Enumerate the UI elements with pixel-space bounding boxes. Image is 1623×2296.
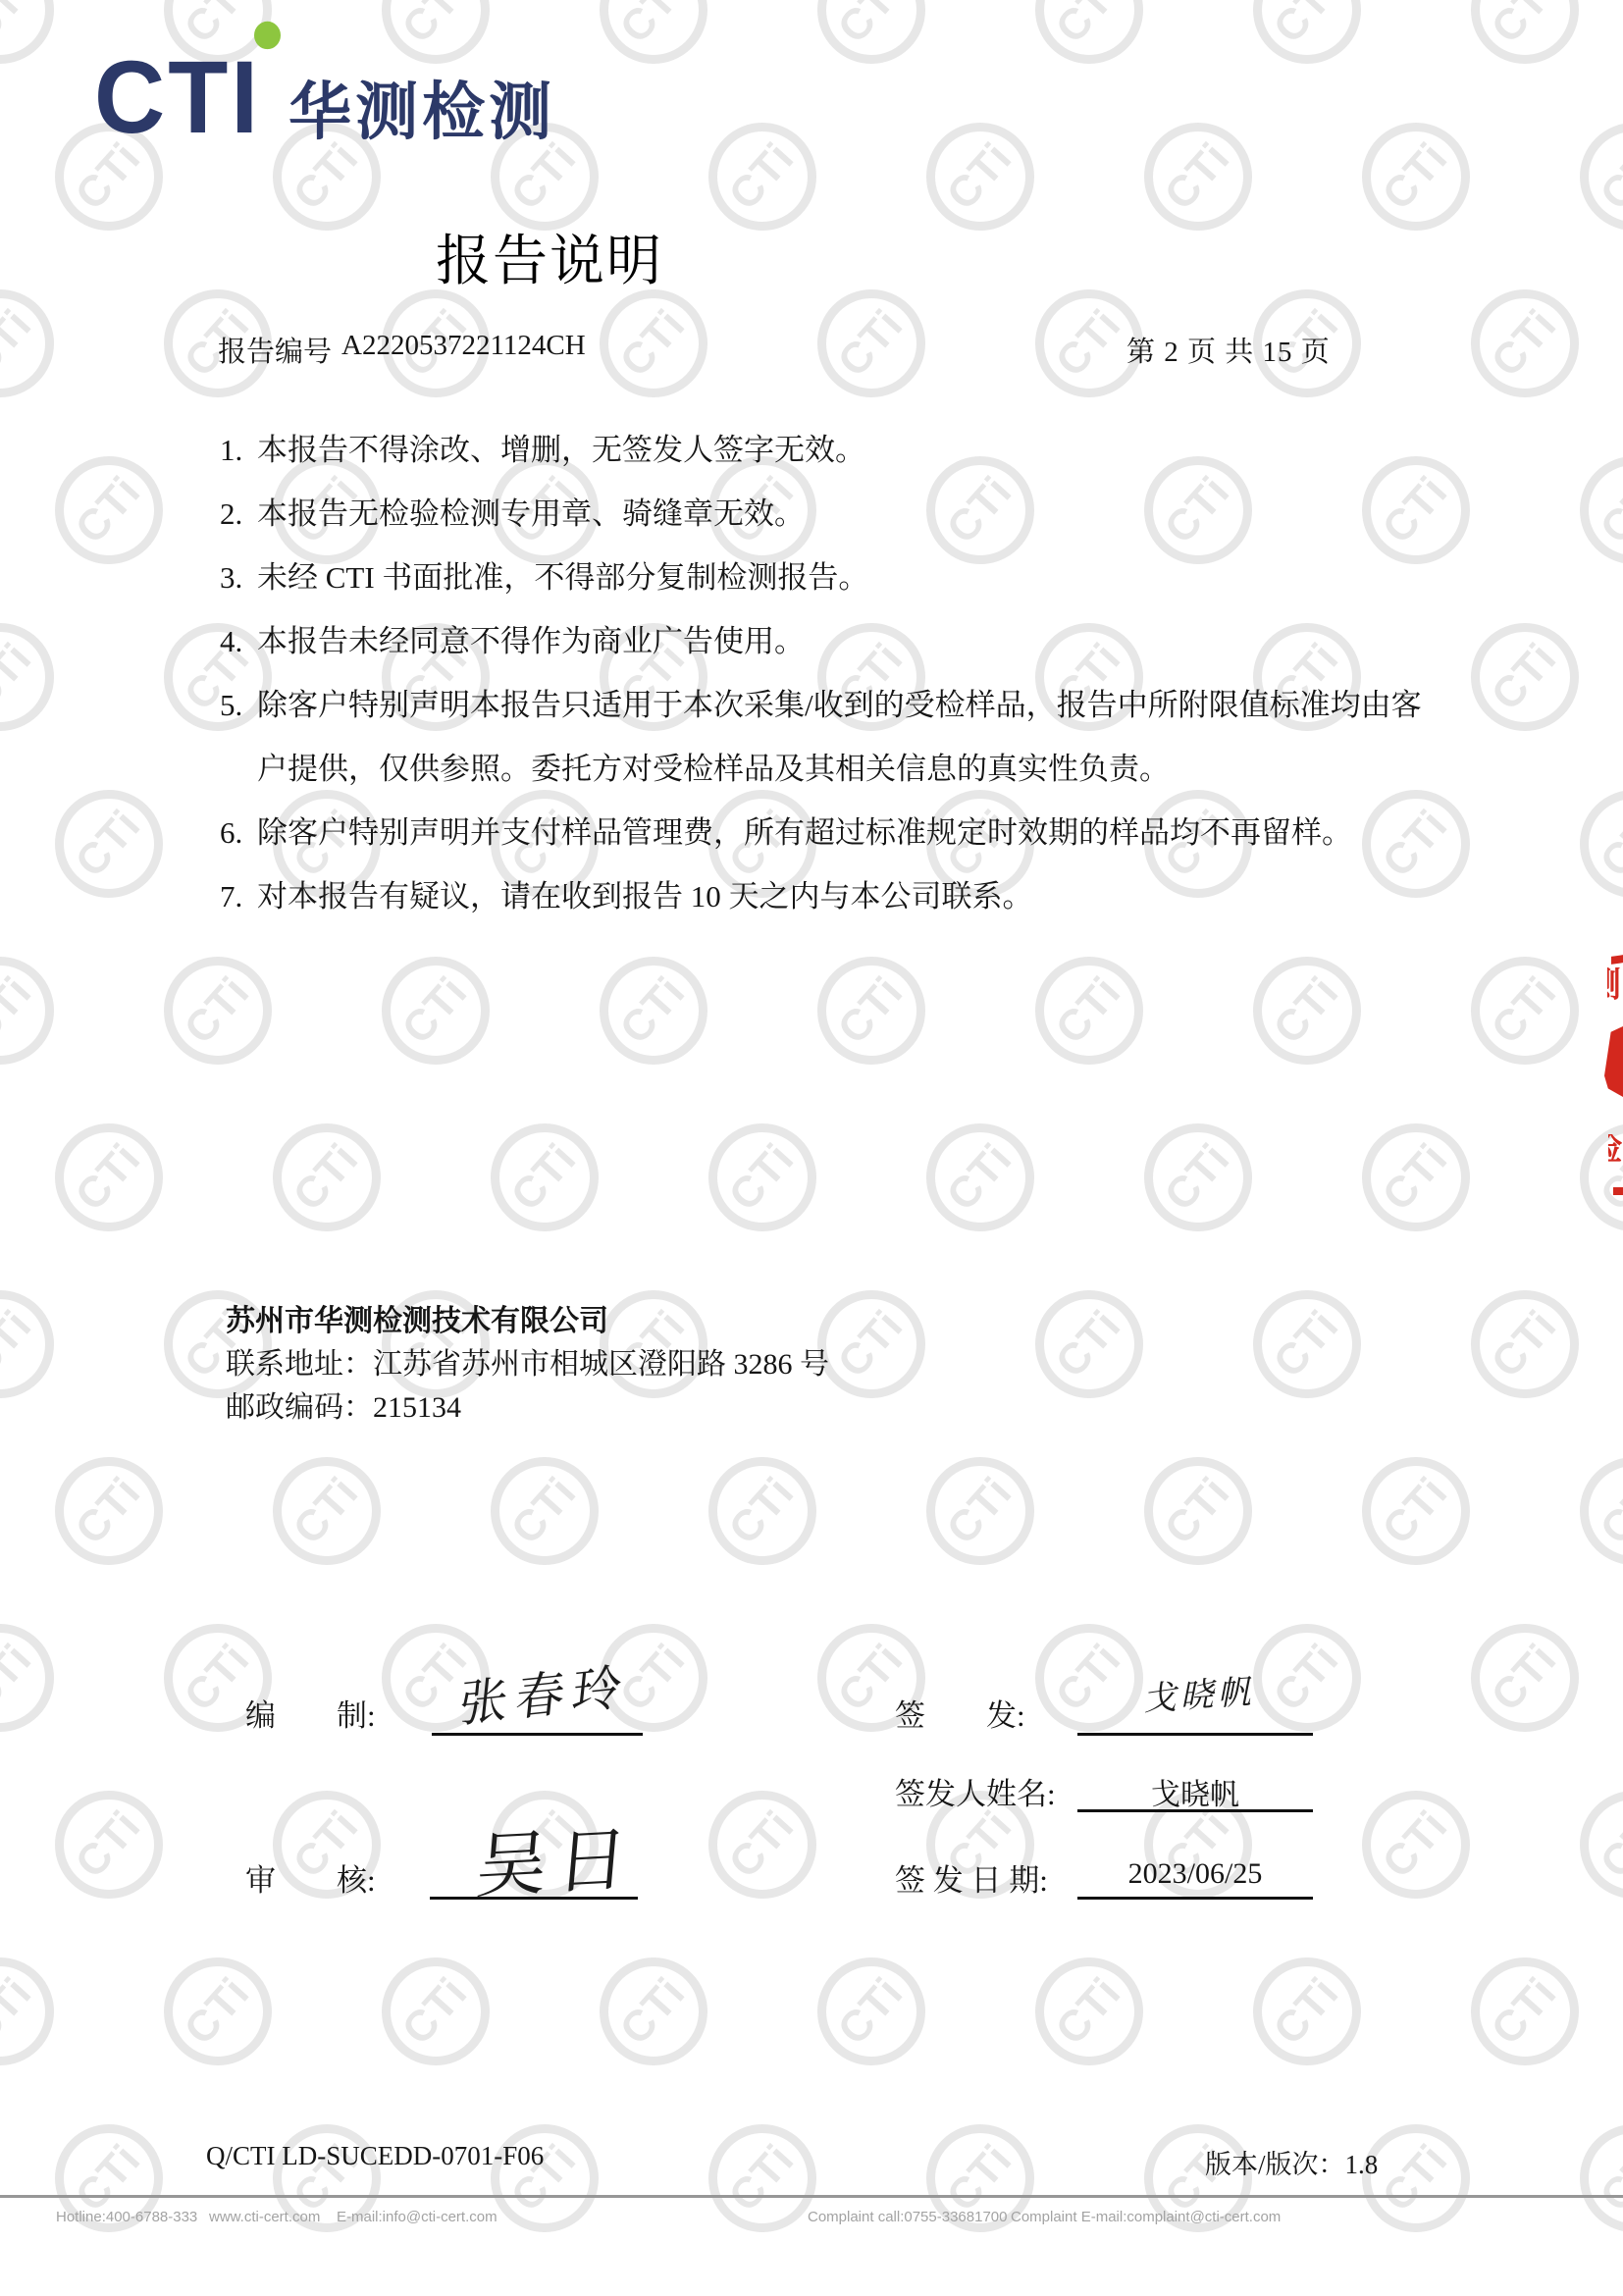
cti-watermark-text: CTi xyxy=(1483,1635,1567,1721)
seal-character: 检 xyxy=(1608,1134,1622,1166)
cti-watermark-text: CTi xyxy=(1265,1301,1349,1387)
issue-date-line xyxy=(1077,1897,1313,1900)
note-item: 2.本报告无检验检测专用章、骑缝章无效。 xyxy=(220,482,1437,546)
cti-watermark-icon: CTi xyxy=(1471,1624,1579,1732)
company-block: 苏州市华测检测技术有限公司 联系地址：江苏省苏州市相城区澄阳路 3286 号 邮… xyxy=(226,1300,829,1430)
cti-watermark-text: CTi xyxy=(67,1134,151,1221)
cti-watermark-icon: CTi xyxy=(0,957,54,1065)
cti-watermark-icon: CTi xyxy=(926,1123,1034,1231)
cti-watermark-text: CTi xyxy=(1265,1635,1349,1721)
cti-watermark-text: CTi xyxy=(0,300,42,387)
note-number: 5. xyxy=(220,673,257,801)
cti-watermark-text: CTi xyxy=(829,300,914,387)
issue-date-label: 签 发 日 期: xyxy=(895,1855,1048,1900)
cti-watermark-icon: CTi xyxy=(600,957,707,1065)
cti-watermark-icon: CTi xyxy=(491,1457,599,1565)
cti-watermark-text: CTi xyxy=(1592,2135,1623,2221)
cti-watermark-text: CTi xyxy=(611,0,696,53)
cti-watermark-icon: CTi xyxy=(1253,1624,1361,1732)
note-item: 4.本报告未经同意不得作为商业广告使用。 xyxy=(220,609,1437,673)
issued-by-label: 签 发: xyxy=(895,1691,1025,1735)
cti-watermark-text: CTi xyxy=(1483,1968,1567,2055)
cti-watermark-icon: CTi xyxy=(1580,1791,1623,1899)
note-number: 3. xyxy=(220,546,257,609)
report-no-value: A2220537221124CH xyxy=(341,330,586,362)
cti-watermark-icon: CTi xyxy=(1362,2124,1470,2232)
note-text: 除客户特别声明本报告只适用于本次采集/收到的受检样品，报告中所附限值标准均由客户… xyxy=(257,673,1437,801)
cti-watermark-icon: CTi xyxy=(0,1290,54,1398)
cti-watermark-icon: CTi xyxy=(273,1123,381,1231)
cti-watermark-icon: CTi xyxy=(600,0,707,64)
cti-watermark-text: CTi xyxy=(285,1134,369,1221)
cti-watermark-icon: CTi xyxy=(1253,1290,1361,1398)
cti-watermark-text: CTi xyxy=(0,1301,42,1387)
issued-by-signature: 戈晓帆 xyxy=(1141,1664,1262,1721)
paging-seal-fragment xyxy=(1613,1187,1623,1195)
cti-watermark-text: CTi xyxy=(0,1635,42,1721)
cti-watermark-icon: CTi xyxy=(1471,1290,1579,1398)
cti-watermark-text: CTi xyxy=(1265,967,1349,1054)
cti-watermark-icon: CTi xyxy=(0,1624,54,1732)
cti-watermark-text: CTi xyxy=(1156,133,1240,220)
note-text: 本报告未经同意不得作为商业广告使用。 xyxy=(257,609,1437,673)
cti-watermark-text: CTi xyxy=(1156,1468,1240,1554)
cti-watermark-icon: CTi xyxy=(1253,1957,1361,2065)
version-info: 版本/版次：1.8 xyxy=(1205,2143,1378,2181)
cti-watermark-text: CTi xyxy=(611,1968,696,2055)
cti-watermark-icon: CTi xyxy=(817,0,925,64)
cti-watermark-text: CTi xyxy=(829,1968,914,2055)
cti-watermark-text: CTi xyxy=(1592,467,1623,553)
note-text: 本报告无检验检测专用章、骑缝章无效。 xyxy=(257,482,1437,546)
cti-watermark-text: CTi xyxy=(1156,1134,1240,1221)
note-number: 4. xyxy=(220,609,257,673)
cti-watermark-icon: CTi xyxy=(1035,0,1143,64)
page-number-info: 第 2 页 共 15 页 xyxy=(1126,330,1331,370)
cti-watermark-text: CTi xyxy=(393,0,478,53)
cti-watermark-text: CTi xyxy=(502,1468,587,1554)
cti-watermark-text: CTi xyxy=(1047,967,1131,1054)
reviewed-by-label: 审 核: xyxy=(245,1855,376,1900)
contact-website: www.cti-cert.com xyxy=(209,2209,320,2225)
cti-watermark-text: CTi xyxy=(0,967,42,1054)
note-item: 6.除客户特别声明并支付样品管理费，所有超过标准规定时效期的样品均不再留样。 xyxy=(220,801,1437,864)
cti-watermark-text: CTi xyxy=(1483,1301,1567,1387)
cti-watermark-icon: CTi xyxy=(1362,123,1470,231)
cti-watermark-icon: CTi xyxy=(0,623,54,731)
cti-watermark-icon: CTi xyxy=(708,1123,816,1231)
note-text: 对本报告有疑议，请在收到报告 10 天之内与本公司联系。 xyxy=(257,864,1437,928)
cti-logo-chinese: 华测检测 xyxy=(288,80,555,143)
cti-watermark-text: CTi xyxy=(938,1468,1022,1554)
contact-email: E-mail:info@cti-cert.com xyxy=(337,2209,497,2225)
cti-watermark-text: CTi xyxy=(0,634,42,720)
cti-logo-text: CTI xyxy=(94,40,261,156)
cti-watermark-icon: CTi xyxy=(1471,623,1579,731)
cti-watermark-icon: CTi xyxy=(55,1791,163,1899)
cti-watermark-text: CTi xyxy=(176,1968,260,2055)
cti-watermark-icon: CTi xyxy=(926,123,1034,231)
issue-date-value: 2023/06/25 xyxy=(1077,1857,1313,1891)
issuer-name-value: 戈晓帆 xyxy=(1077,1770,1313,1813)
page-title: 报告说明 xyxy=(0,218,1099,296)
cti-watermark-icon: CTi xyxy=(600,1957,707,2065)
cti-watermark-icon: CTi xyxy=(0,0,54,64)
report-no-label: 报告编号 xyxy=(218,330,332,370)
cti-watermark-icon: CTi xyxy=(1035,1624,1143,1732)
cti-watermark-icon: CTi xyxy=(55,1123,163,1231)
cti-watermark-text: CTi xyxy=(1592,801,1623,887)
paging-seal-fragment: 检 xyxy=(1608,1134,1623,1166)
cti-watermark-icon: CTi xyxy=(1471,289,1579,397)
cti-watermark-icon: CTi xyxy=(817,1957,925,2065)
note-item: 7.对本报告有疑议，请在收到报告 10 天之内与本公司联系。 xyxy=(220,864,1437,928)
cti-watermark-icon: CTi xyxy=(708,123,816,231)
cti-watermark-text: CTi xyxy=(1483,634,1567,720)
cti-watermark-text: CTi xyxy=(829,0,914,53)
note-number: 2. xyxy=(220,482,257,546)
cti-watermark-icon: CTi xyxy=(1144,1123,1252,1231)
company-postcode: 邮政编码：215134 xyxy=(226,1386,829,1430)
cti-logo-letters: CTI xyxy=(94,46,261,149)
cti-watermark-text: CTi xyxy=(393,1968,478,2055)
cti-watermark-icon: CTi xyxy=(164,1957,272,2065)
cti-watermark-text: CTi xyxy=(829,1301,914,1387)
cti-watermark-text: CTi xyxy=(67,1801,151,1888)
cti-watermark-text: CTi xyxy=(1374,2135,1458,2221)
cti-watermark-text: CTi xyxy=(1374,1468,1458,1554)
cti-watermark-icon: CTi xyxy=(55,1457,163,1565)
cti-watermark-icon: CTi xyxy=(0,289,54,397)
company-address: 联系地址：江苏省苏州市相城区澄阳路 3286 号 xyxy=(226,1343,829,1386)
cti-watermark-text: CTi xyxy=(1374,1134,1458,1221)
paging-seal-fragment xyxy=(1604,1026,1623,1097)
note-number: 6. xyxy=(220,801,257,864)
cti-watermark-icon: CTi xyxy=(1253,0,1361,64)
cti-watermark-text: CTi xyxy=(1374,1801,1458,1888)
cti-watermark-icon: CTi xyxy=(491,1123,599,1231)
cti-watermark-icon: CTi xyxy=(1580,2124,1623,2232)
reviewed-by-signature: 吴日 xyxy=(473,1800,643,1911)
cti-watermark-icon: CTi xyxy=(55,456,163,564)
cti-watermark-icon: CTi xyxy=(1144,1457,1252,1565)
cti-watermark-icon: CTi xyxy=(382,957,490,1065)
cti-watermark-text: CTi xyxy=(1483,967,1567,1054)
cti-watermark-text: CTi xyxy=(0,1968,42,2055)
note-item: 3.未经 CTI 书面批准，不得部分复制检测报告。 xyxy=(220,546,1437,609)
cti-logo: CTI 华测检测 xyxy=(94,51,555,149)
cti-watermark-text: CTi xyxy=(1265,1968,1349,2055)
cti-watermark-text: CTi xyxy=(1592,133,1623,220)
cti-watermark-icon: CTi xyxy=(1471,1957,1579,2065)
cti-watermark-text: CTi xyxy=(285,1468,369,1554)
cti-watermark-icon: CTi xyxy=(1580,790,1623,898)
cti-watermark-text: CTi xyxy=(393,967,478,1054)
cti-watermark-icon: CTi xyxy=(1362,1123,1470,1231)
cti-watermark-text: CTi xyxy=(1047,1968,1131,2055)
cti-watermark-icon: CTi xyxy=(817,289,925,397)
cti-watermark-icon: CTi xyxy=(708,2124,816,2232)
cti-watermark-text: CTi xyxy=(502,1134,587,1221)
cti-watermark-icon: CTi xyxy=(1035,1957,1143,2065)
contact-hotline: Hotline:400-6788-333 xyxy=(56,2209,197,2225)
note-text: 未经 CTI 书面批准，不得部分复制检测报告。 xyxy=(257,546,1437,609)
cti-watermark-icon: CTi xyxy=(1471,0,1579,64)
note-item: 5.除客户特别声明本报告只适用于本次采集/收到的受检样品，报告中所附限值标准均由… xyxy=(220,673,1437,801)
company-name: 苏州市华测检测技术有限公司 xyxy=(226,1300,829,1343)
cti-watermark-icon: CTi xyxy=(1035,1290,1143,1398)
cti-watermark-text: CTi xyxy=(1592,1468,1623,1554)
cti-watermark-text: CTi xyxy=(67,467,151,553)
contact-complaint-email: Complaint E-mail:complaint@cti-cert.com xyxy=(1011,2209,1281,2225)
cti-watermark-text: CTi xyxy=(829,967,914,1054)
cti-watermark-text: CTi xyxy=(720,1801,805,1888)
cti-watermark-icon: CTi xyxy=(1580,123,1623,231)
cti-watermark-text: CTi xyxy=(720,133,805,220)
cti-watermark-icon: CTi xyxy=(708,1791,816,1899)
cti-watermark-text: CTi xyxy=(0,0,42,53)
cti-watermark-icon: CTi xyxy=(708,1457,816,1565)
issuer-name-line xyxy=(1077,1809,1313,1812)
notes-list: 1.本报告不得涂改、增删，无签发人签字无效。2.本报告无检验检测专用章、骑缝章无… xyxy=(220,418,1437,928)
cti-watermark-text: CTi xyxy=(1483,0,1567,53)
cti-watermark-icon: CTi xyxy=(1471,957,1579,1065)
cti-watermark-icon: CTi xyxy=(1035,957,1143,1065)
cti-watermark-text: CTi xyxy=(611,300,696,387)
cti-watermark-text: CTi xyxy=(1265,0,1349,53)
cti-watermark-text: CTi xyxy=(611,967,696,1054)
cti-watermark-text: CTi xyxy=(67,1468,151,1554)
cti-watermark-icon: CTi xyxy=(164,957,272,1065)
cti-watermark-text: CTi xyxy=(720,1468,805,1554)
note-text: 本报告不得涂改、增删，无签发人签字无效。 xyxy=(257,418,1437,482)
cti-watermark-text: CTi xyxy=(938,1134,1022,1221)
cti-watermark-text: CTi xyxy=(1374,133,1458,220)
cti-watermark-icon: CTi xyxy=(1144,123,1252,231)
issuer-name-label: 签发人姓名: xyxy=(895,1769,1056,1813)
cti-watermark-text: CTi xyxy=(1592,1801,1623,1888)
note-text: 除客户特别声明并支付样品管理费，所有超过标准规定时效期的样品均不再留样。 xyxy=(257,801,1437,864)
paging-seal-fragment xyxy=(1611,955,1623,965)
report-page: CTiCTiCTiCTiCTiCTiCTiCTiCTiCTiCTiCTiCTiC… xyxy=(0,0,1623,2296)
cti-watermark-icon: CTi xyxy=(0,1957,54,2065)
cti-watermark-icon: CTi xyxy=(1253,957,1361,1065)
cti-watermark-icon: CTi xyxy=(817,1290,925,1398)
cti-watermark-text: CTi xyxy=(67,801,151,887)
cti-watermark-icon: CTi xyxy=(382,1957,490,2065)
note-number: 7. xyxy=(220,864,257,928)
cti-watermark-text: CTi xyxy=(1047,1635,1131,1721)
cti-watermark-icon: CTi xyxy=(1362,1457,1470,1565)
cti-watermark-icon: CTi xyxy=(273,1457,381,1565)
cti-watermark-icon: CTi xyxy=(1580,1457,1623,1565)
cti-watermark-text: CTi xyxy=(720,1134,805,1221)
cti-watermark-icon: CTi xyxy=(817,957,925,1065)
cti-watermark-text: CTi xyxy=(1047,0,1131,53)
contact-bar-divider xyxy=(0,2195,1623,2198)
cti-watermark-text: CTi xyxy=(1047,1301,1131,1387)
cti-watermark-icon: CTi xyxy=(55,790,163,898)
note-number: 1. xyxy=(220,418,257,482)
contact-complaint-call: Complaint call:0755-33681700 xyxy=(808,2209,1007,2225)
cti-watermark-icon: CTi xyxy=(1580,456,1623,564)
logo-green-dot-icon xyxy=(254,22,281,49)
cti-watermark-text: CTi xyxy=(938,133,1022,220)
note-item: 1.本报告不得涂改、增删，无签发人签字无效。 xyxy=(220,418,1437,482)
cti-watermark-text: CTi xyxy=(720,2135,805,2221)
cti-watermark-text: CTi xyxy=(1047,300,1131,387)
cti-watermark-icon: CTi xyxy=(1362,1791,1470,1899)
cti-watermark-icon: CTi xyxy=(600,289,707,397)
cti-watermark-text: CTi xyxy=(176,967,260,1054)
cti-watermark-text: CTi xyxy=(1483,300,1567,387)
prepared-by-label: 编 制: xyxy=(245,1691,376,1735)
prepared-by-signature: 张春玲 xyxy=(456,1646,634,1736)
issued-signature-line xyxy=(1077,1733,1313,1736)
document-code: Q/CTI LD-SUCEDD-0701-F06 xyxy=(206,2141,544,2171)
seal-character: 测 xyxy=(1607,967,1621,1001)
reviewed-signature-line xyxy=(430,1897,638,1900)
prepared-signature-line xyxy=(432,1733,643,1736)
cti-watermark-icon: CTi xyxy=(926,1457,1034,1565)
paging-seal-fragment: 测 xyxy=(1607,967,1623,1001)
